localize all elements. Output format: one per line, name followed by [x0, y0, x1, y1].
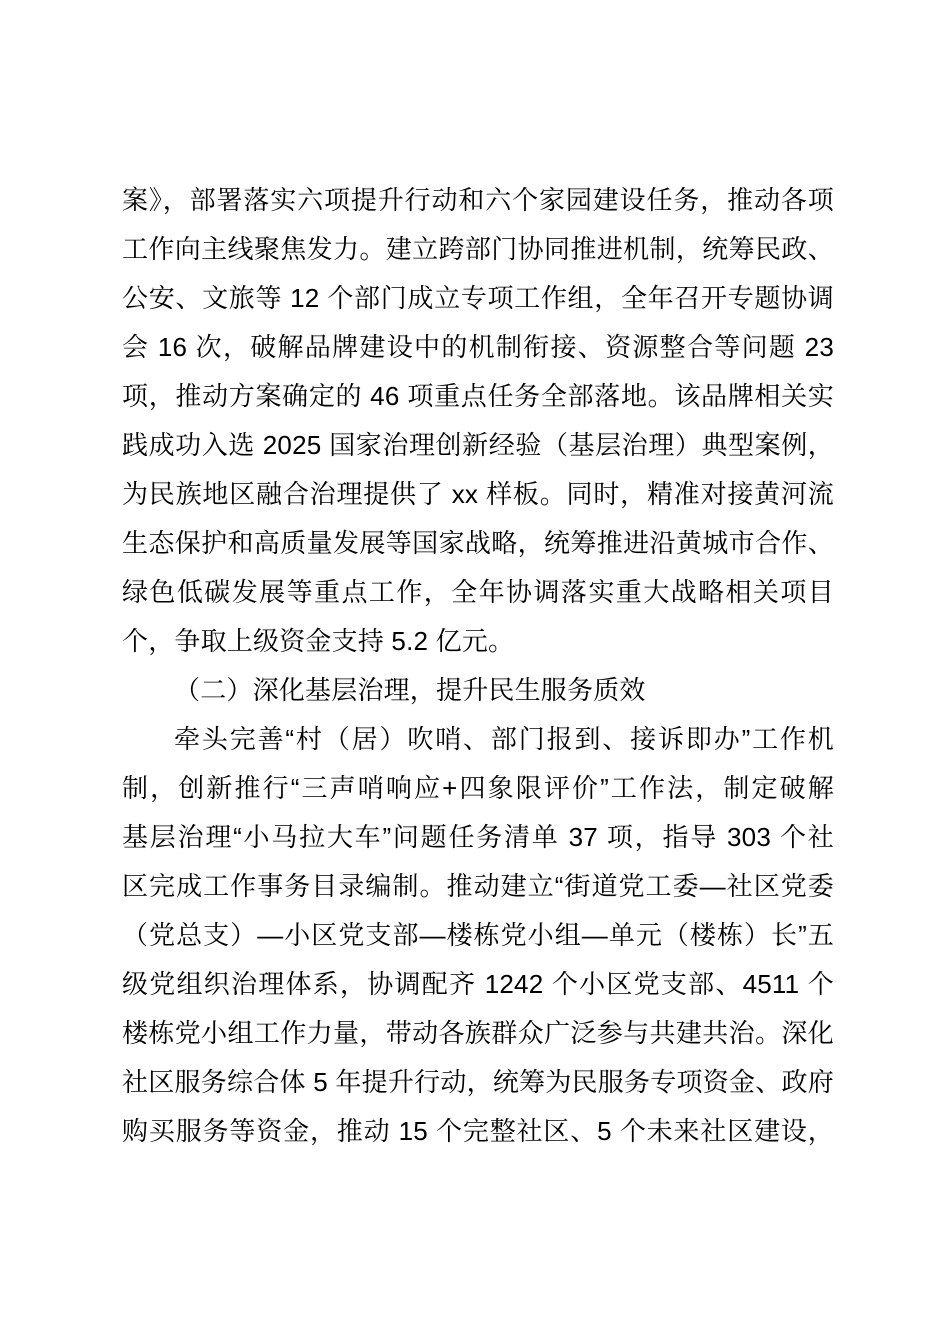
- text-line: 工作向主线聚焦发力。建立跨部门协同推进机制，统筹民政、: [122, 225, 834, 274]
- text-line: （党总支）—小区党支部—楼栋党小组—单元（楼栋）长”五: [122, 911, 834, 960]
- text-line: 区完成工作事务目录编制。推动建立“街道党工委—社区党委: [122, 862, 834, 911]
- text-line: 绿色低碳发展等重点工作，全年协调落实重大战略相关项目 32: [122, 568, 834, 617]
- text-line: 会 16 次，破解品牌建设中的机制衔接、资源整合等问题 23: [122, 323, 834, 372]
- text-line: 购买服务等资金，推动 15 个完整社区、5 个未来社区建设，落: [122, 1107, 834, 1156]
- document-page: 案》，部署落实六项提升行动和六个家园建设任务，推动各项 工作向主线聚焦发力。建立…: [0, 0, 950, 1344]
- text-line: 牵头完善“村（居）吹哨、部门报到、接诉即办”工作机: [122, 715, 834, 764]
- text-line: 楼栋党小组工作力量，带动各族群众广泛参与共建共治。深化: [122, 1009, 834, 1058]
- text-line: 基层治理“小马拉大车”问题任务清单 37 项，指导 303 个社: [122, 813, 834, 862]
- paragraph-continuation: 案》，部署落实六项提升行动和六个家园建设任务，推动各项 工作向主线聚焦发力。建立…: [122, 176, 834, 666]
- text-line: 社区服务综合体 5 年提升行动，统筹为民服务专项资金、政府: [122, 1058, 834, 1107]
- text-line: 践成功入选 2025 国家治理创新经验（基层治理）典型案例，: [122, 421, 834, 470]
- text-line: 级党组织治理体系，协调配齐 1242 个小区党支部、4511 个: [122, 960, 834, 1009]
- text-line: 个，争取上级资金支持 5.2 亿元。: [122, 617, 834, 666]
- section-heading-line: （二）深化基层治理，提升民生服务质效: [122, 666, 834, 715]
- document-text-block: 案》，部署落实六项提升行动和六个家园建设任务，推动各项 工作向主线聚焦发力。建立…: [122, 176, 834, 1156]
- section-heading: （二）深化基层治理，提升民生服务质效: [122, 666, 834, 715]
- paragraph-body: 牵头完善“村（居）吹哨、部门报到、接诉即办”工作机 制，创新推行“三声哨响应+四…: [122, 715, 834, 1156]
- text-line: 生态保护和高质量发展等国家战略，统筹推进沿黄城市合作、: [122, 519, 834, 568]
- text-line: 项，推动方案确定的 46 项重点任务全部落地。该品牌相关实: [122, 372, 834, 421]
- text-line: 公安、文旅等 12 个部门成立专项工作组，全年召开专题协调: [122, 274, 834, 323]
- text-line: 案》，部署落实六项提升行动和六个家园建设任务，推动各项: [122, 176, 834, 225]
- text-line: 制，创新推行“三声哨响应+四象限评价”工作法，制定破解: [122, 764, 834, 813]
- text-line: 为民族地区融合治理提供了 xx 样板。同时，精准对接黄河流域: [122, 470, 834, 519]
